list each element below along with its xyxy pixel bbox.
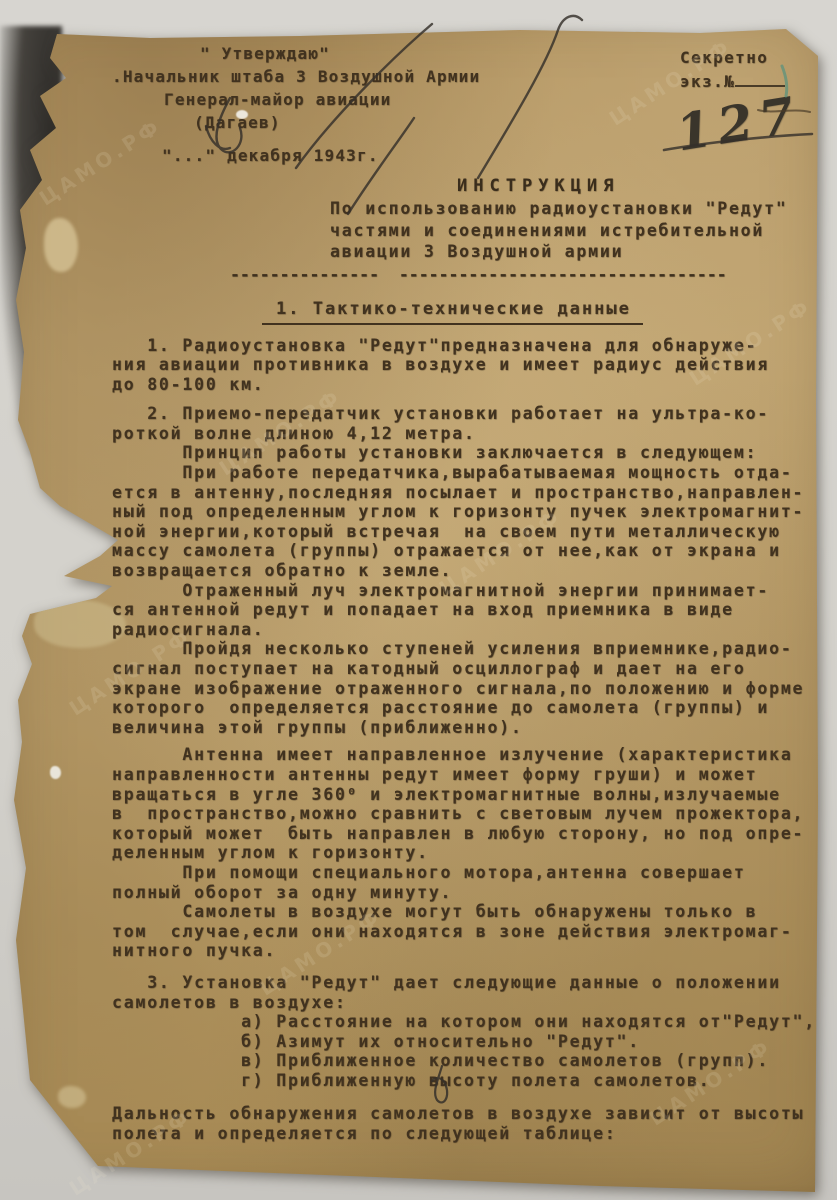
paper-hole — [50, 766, 61, 779]
paper-damage-patch — [58, 1086, 86, 1108]
paper-sheet-wrap: " Утверждаю" .Начальник штаба 3 Воздушно… — [0, 0, 837, 1200]
title-block: ИНСТРУКЦИЯ По использованию радиоустанов… — [112, 175, 818, 284]
dashed-divider: --------------- ------------------------… — [230, 266, 818, 284]
document-content: " Утверждаю" .Начальник штаба 3 Воздушно… — [112, 42, 818, 1144]
scanned-document-page: " Утверждаю" .Начальник штаба 3 Воздушно… — [0, 0, 837, 1200]
section-heading-text: 1. Тактико-технические данные — [262, 299, 643, 325]
document-title: ИНСТРУКЦИЯ — [457, 175, 818, 198]
copy-number-blank-line — [735, 71, 785, 87]
section-heading: 1. Тактико-технические данные — [262, 297, 818, 321]
paper-sheet: " Утверждаю" .Начальник штаба 3 Воздушно… — [0, 0, 837, 1200]
paper-damage-patch — [44, 218, 78, 272]
title-subline-1: По использованию радиоустановки "Редут" — [330, 198, 818, 220]
title-subline-2: частями и соединениями истребительной — [330, 220, 818, 242]
paragraph-3: Антенна имеет направленное излучение (ха… — [112, 745, 818, 961]
title-subline-3: авиации 3 Воздушной армии — [330, 241, 818, 263]
paragraph-5: Дальность обнаружения самолетов в воздух… — [112, 1104, 818, 1143]
